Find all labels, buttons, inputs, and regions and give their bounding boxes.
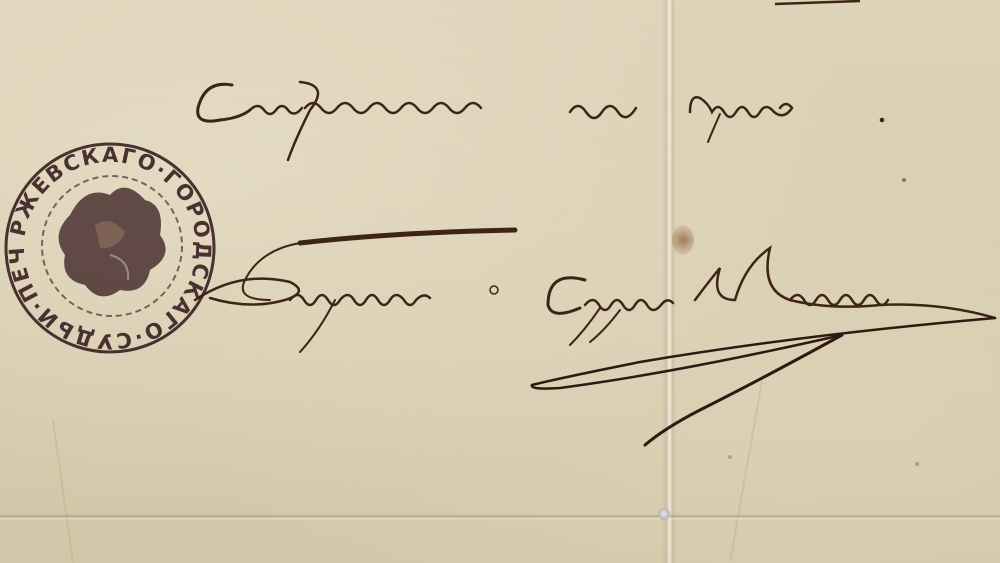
certification-text: Съ подлиннымъ вѣрно. bbox=[200, 100, 212, 101]
certification-handwriting bbox=[198, 82, 884, 160]
ink-layer: РЖЕВСКАГО·ГОРОДСКАГО·СУДЬИ·ПЕЧАТЬ bbox=[0, 0, 1000, 563]
seal-text: РЖЕВСКАГО · ГОРОДСКАГО … РЫЛО bbox=[20, 240, 41, 241]
city-seal-stamp: РЖЕВСКАГО·ГОРОДСКАГО·СУДЬИ·ПЕЧАТЬ bbox=[0, 0, 215, 353]
ink-fragment bbox=[775, 1, 860, 4]
signature-flourish bbox=[532, 318, 995, 445]
judge-title-text: Городской Судья bbox=[200, 290, 209, 291]
signature-handwriting bbox=[195, 230, 995, 352]
judge-signature-text: Минин… bbox=[700, 290, 705, 291]
